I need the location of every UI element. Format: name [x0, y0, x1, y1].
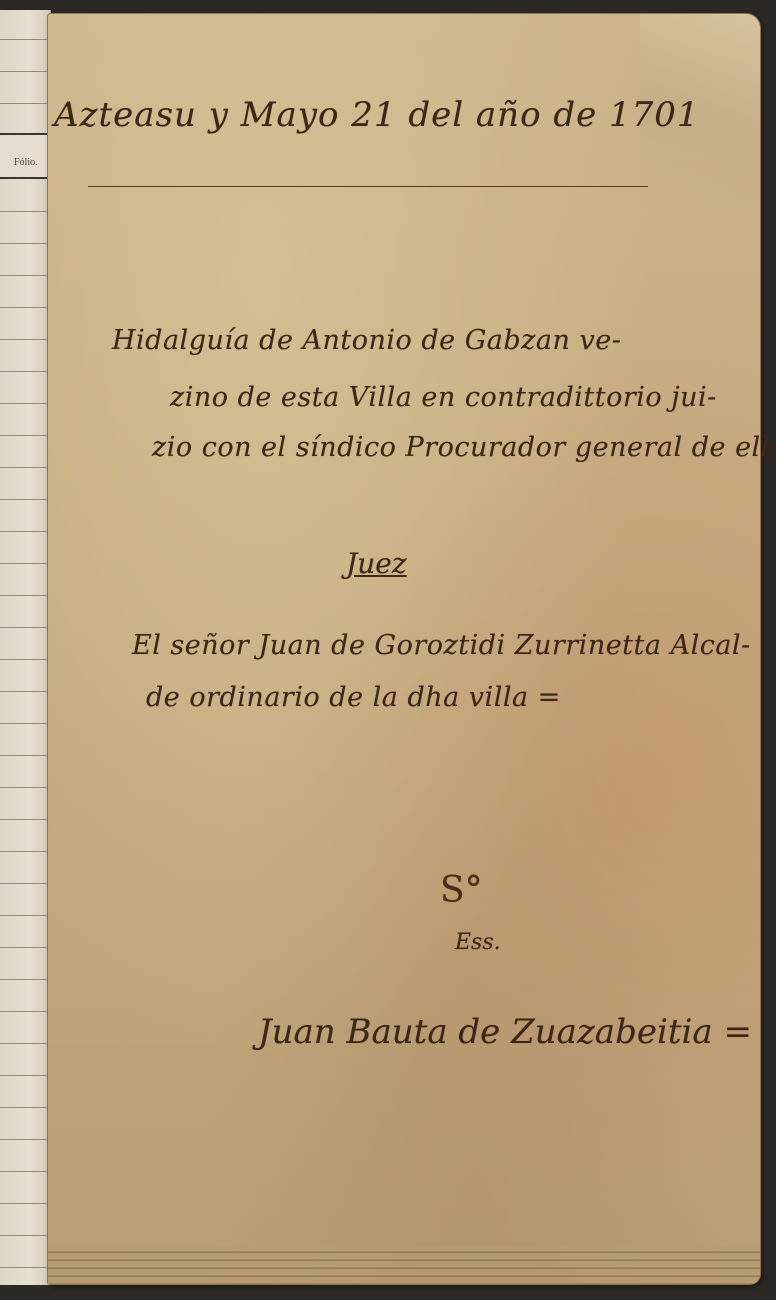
folder-header-band — [0, 133, 50, 179]
judge-line-1: El señor Juan de Goroztidi Zurrinetta Al… — [132, 630, 751, 661]
body-line-2: zino de esta Villa en contradittorio jui… — [170, 382, 717, 413]
folio-label: Fólio. — [14, 157, 38, 168]
document-scan: Fólio. Azteasu y Mayo 21 del año de 1701… — [0, 0, 776, 1300]
body-line-3: zio con el síndico Procurador general de… — [152, 432, 776, 463]
signature-name: Juan Bauta de Zuazabeitia = — [258, 1012, 752, 1052]
judge-line-2: de ordinario de la dha villa = — [146, 682, 561, 713]
ruled-index-folder: Fólio. — [0, 10, 51, 1285]
heading-underline — [88, 186, 648, 187]
body-line-1: Hidalguía de Antonio de Gabzan ve- — [112, 325, 621, 356]
signature-flourish: S° — [440, 870, 483, 911]
judge-heading: Juez — [346, 547, 407, 580]
manuscript-heading: Azteasu y Mayo 21 del año de 1701 — [54, 95, 700, 135]
signature-title: Ess. — [455, 930, 501, 955]
